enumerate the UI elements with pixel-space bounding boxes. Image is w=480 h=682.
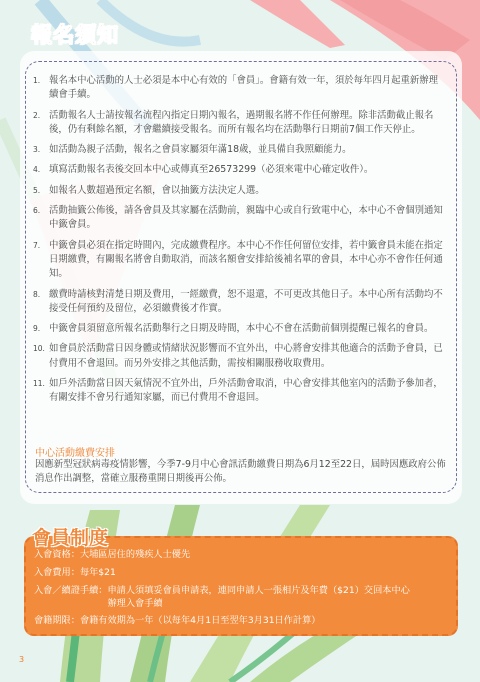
rule-item: 4.填寫活動報名表後交回本中心或傳真至26573299（必須來電中心確定收件）。 bbox=[26, 163, 456, 177]
membership-validity: 會籍期限：會籍有效期為一年（以每年4月1日至翌年3月31日作計算） bbox=[34, 614, 320, 627]
dashed-frame: 1.報名本中心活動的人士必須是本中心有效的「會員」。會籍有效一年，須於每年四月起… bbox=[25, 61, 457, 493]
rule-item: 6.活動抽籤公佈後，請各會員及其家屬在活動前，親臨中心或自行致電中心，本中心不會… bbox=[26, 204, 456, 233]
membership-procedure: 入會／續證手續：申請人須填妥會員申請表，連同申請人一張相片及年費（$21）交回本… bbox=[34, 584, 416, 610]
fee-arrangement-title: 中心活動繳費安排 bbox=[35, 444, 115, 459]
rule-item: 7.中籤會員必須在指定時間內，完成繳費程序。本中心不作任何留位安排，若中籤會員未… bbox=[26, 239, 456, 282]
membership-fee: 入會費用：每年$21 bbox=[34, 566, 116, 579]
registration-title: 報名須知 bbox=[31, 19, 119, 49]
membership-box: 入會資格：大埔區居住的殘疾人士優先 入會費用：每年$21 入會／續證手續：申請人… bbox=[24, 536, 458, 636]
rule-item: 1.報名本中心活動的人士必須是本中心有效的「會員」。會籍有效一年，須於每年四月起… bbox=[26, 74, 456, 103]
rule-item: 8.繳費時請核對清楚日期及費用，一經繳費，恕不退還，不可更改其他日子。本中心所有… bbox=[26, 288, 456, 317]
membership-title: 會員制度 bbox=[32, 523, 108, 550]
rule-item: 9.中籤會員須留意所報名活動舉行之日期及時間，本中心不會在活動前個別提醒已報名的… bbox=[26, 322, 456, 336]
rule-item: 11.如戶外活動當日因天氣情況不宜外出，戶外活動會取消，中心會安排其他室內的活動… bbox=[26, 377, 456, 406]
registration-notice-card: 1.報名本中心活動的人士必須是本中心有效的「會員」。會籍有效一年，須於每年四月起… bbox=[20, 51, 462, 504]
rule-item: 5.如報名人數超過預定名額，會以抽籤方法決定人選。 bbox=[26, 184, 456, 198]
rule-item: 2.活動報名人士請按報名流程內指定日期內報名，過期報名將不作任何辦理。除非活動截… bbox=[26, 109, 456, 138]
page-number: 3 bbox=[19, 655, 24, 664]
rules-list: 1.報名本中心活動的人士必須是本中心有效的「會員」。會籍有效一年，須於每年四月起… bbox=[26, 74, 456, 412]
fee-arrangement-text: 因應新型冠狀病毒疫情影響，今季7-9月中心會訊活動繳費日期為6月12至22日，屆… bbox=[35, 458, 446, 487]
rule-item: 10.如會員於活動當日因身體或情緒狀況影響而不宜外出，中心將會安排其他適合的活動… bbox=[26, 342, 456, 371]
rule-item: 3.如活動為親子活動，報名之會員家屬須年滿18歲，並具備自我照顧能力。 bbox=[26, 143, 456, 157]
